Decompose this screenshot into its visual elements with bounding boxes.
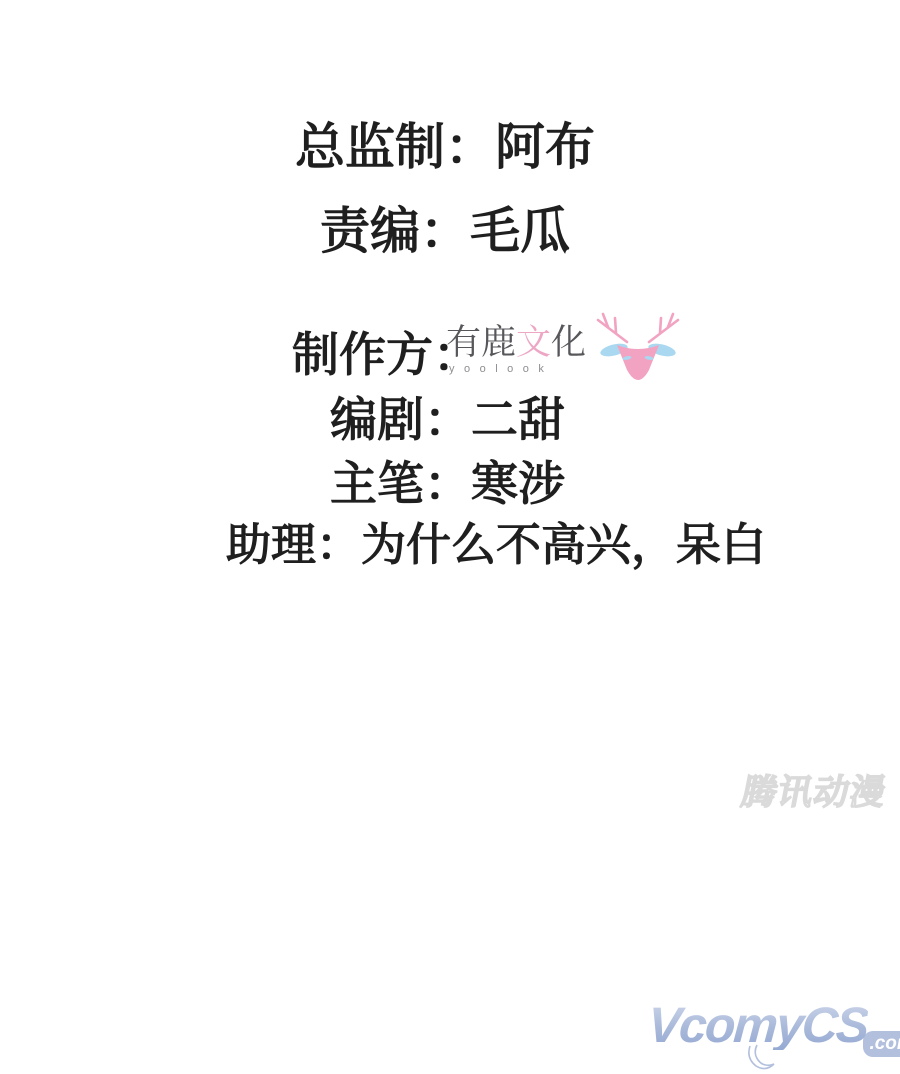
credit-lead-artist: 主笔：寒涉 <box>330 460 565 507</box>
vcomycs-name: VcomyCS <box>646 1000 869 1050</box>
deer-icon <box>588 312 688 394</box>
studio-logo-name-part1: 有鹿 <box>446 323 516 362</box>
credit-assistants: 助理：为什么不高兴，呆白 <box>226 522 766 567</box>
credits-page: 总监制：阿布 责编：毛瓜 制作方： 有鹿文化 yoolook 编 <box>0 0 900 1074</box>
yoolook-studio-logo: 有鹿文化 yoolook <box>446 325 586 375</box>
vcomycs-watermark: VcomyCS .com <box>648 1000 900 1057</box>
tencent-comics-watermark: 腾讯动漫 <box>739 775 890 810</box>
credit-editor: 责编：毛瓜 <box>320 206 570 256</box>
studio-logo-name-pink-char: 文 <box>516 323 551 362</box>
studio-logo-latin: yoolook <box>446 364 553 375</box>
deer-head-shape <box>617 345 659 380</box>
credit-screenwriter: 编剧：二甜 <box>330 396 565 443</box>
vcomycs-com-badge: .com <box>863 1031 900 1057</box>
credit-chief-producer: 总监制：阿布 <box>295 122 595 172</box>
studio-logo-name-part2: 化 <box>551 323 586 362</box>
studio-logo-name: 有鹿文化 <box>446 325 586 360</box>
